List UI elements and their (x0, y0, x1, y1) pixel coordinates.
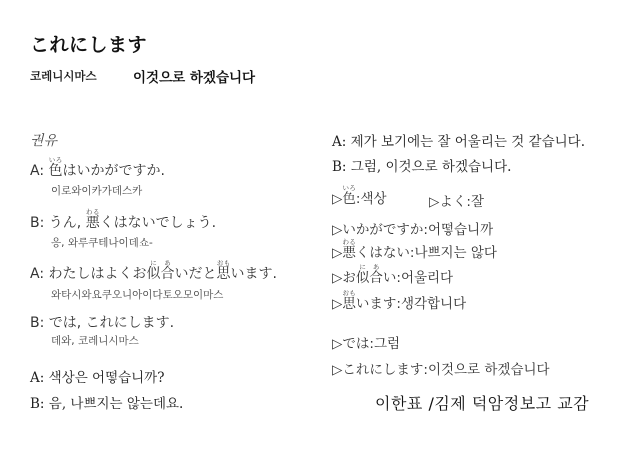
dialogue-reading: 데와, 코레니시마스 (51, 333, 139, 348)
vocab-item: ▷色いろ:색상 (332, 184, 387, 207)
speaker-label: A: (332, 134, 346, 150)
kanji-ruby: 悪わる (86, 215, 100, 231)
triangle-marker-icon: ▷ (332, 245, 342, 261)
speaker-label: B: (30, 215, 44, 231)
speaker-label: B: (30, 315, 44, 331)
translation-line: B: 음, 나쁘지는 않는데요. (30, 392, 183, 412)
kanji-ruby: 似合にあ (356, 270, 383, 286)
title-meaning: 이것으로 하겠습니다 (133, 66, 255, 86)
dialogue-line: A: わたしはよくお似合にあいだと思おもいます. (30, 259, 277, 283)
translation-line: B: 그럼, 이것으로 하겠습니다. (332, 155, 511, 175)
kanji-ruby: 色いろ (342, 191, 356, 207)
speaker-label: A: (30, 266, 44, 282)
vocab-item: ▷いかがですか:어떻습니까 (332, 218, 493, 238)
speaker-label: B: (332, 159, 346, 175)
page-title: これにします (30, 30, 147, 57)
triangle-marker-icon: ▷ (332, 336, 342, 352)
speaker-label: B: (30, 396, 44, 412)
vocab-item: ▷悪わるくはない:나쁘지는 않다 (332, 238, 497, 261)
dialogue-reading: 이로와이카가데스카 (51, 183, 142, 198)
kanji-ruby: 思おも (342, 296, 356, 312)
translation-line: A: 제가 보기에는 잘 어울리는 것 같습니다. (332, 130, 585, 150)
title-reading: 코레니시마스 (30, 68, 97, 84)
section-label: 권유 (30, 130, 57, 150)
vocab-item: ▷よく:잘 (429, 190, 484, 210)
dialogue-reading: 응, 와루쿠테나이데쇼- (51, 235, 153, 250)
dialogue-line: B: うん, 悪わるくはないでしょう. (30, 208, 216, 232)
speaker-label: A: (30, 370, 44, 386)
triangle-marker-icon: ▷ (332, 191, 342, 207)
author-credit: 이한표 /김제 덕암정보고 교감 (375, 391, 589, 414)
triangle-marker-icon: ▷ (332, 270, 342, 286)
vocab-item: ▷お似合にあい:어울리다 (332, 263, 453, 286)
dialogue-line: B: では, これにします. (30, 312, 174, 332)
kanji-ruby: 思おも (217, 266, 231, 282)
triangle-marker-icon: ▷ (332, 362, 342, 378)
speaker-label: A: (30, 163, 44, 179)
vocab-item: ▷これにします:이것으로 하겠습니다 (332, 358, 550, 378)
vocab-item: ▷では:그럼 (332, 332, 400, 352)
dialogue-line: A: 色いろはいかがですか. (30, 156, 165, 180)
triangle-marker-icon: ▷ (332, 296, 342, 312)
translation-line: A: 색상은 어떻습니까? (30, 366, 164, 386)
triangle-marker-icon: ▷ (332, 222, 342, 238)
kanji-ruby: 悪わる (342, 245, 356, 261)
kanji-ruby: 似合にあ (147, 266, 175, 282)
dialogue-reading: 와타시와요쿠오니아이다토오모이마스 (51, 287, 223, 302)
vocab-item: ▷思おもいます:생각합니다 (332, 289, 466, 312)
triangle-marker-icon: ▷ (429, 194, 439, 210)
kanji-ruby: 色いろ (49, 163, 63, 179)
